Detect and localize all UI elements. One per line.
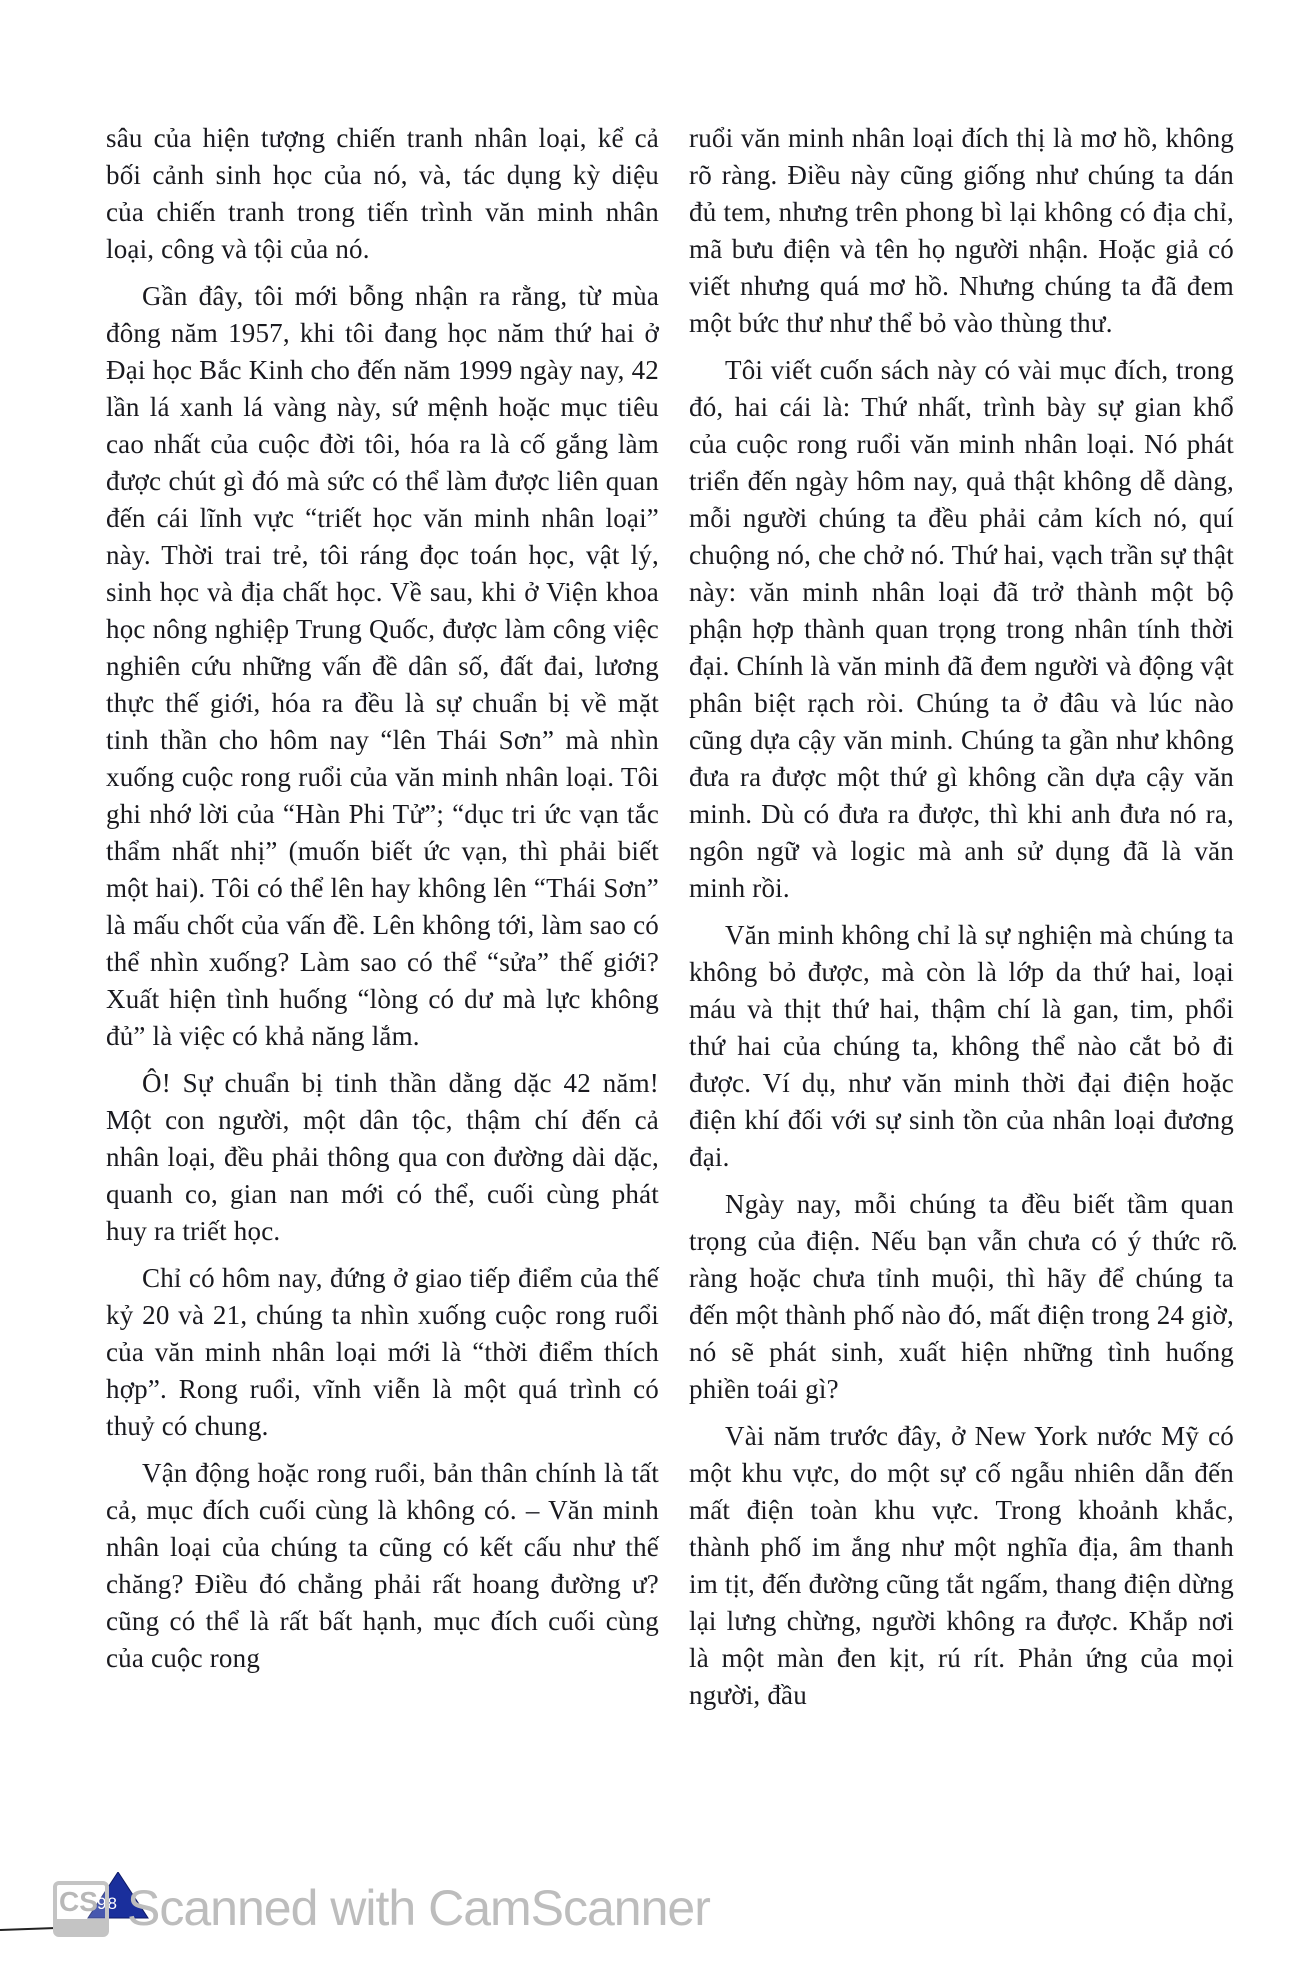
left-text-column: sâu của hiện tượng chiến tranh nhân loại…: [106, 120, 659, 1687]
footer-rule: [0, 1927, 56, 1931]
paragraph: ruổi văn minh nhân loại đích thị là mơ h…: [689, 120, 1234, 342]
logo-base: [57, 1919, 105, 1933]
right-text-column: ruổi văn minh nhân loại đích thị là mơ h…: [689, 120, 1234, 1724]
logo-text: CS: [59, 1887, 98, 1917]
paragraph: Văn minh không chỉ là sự nghiện mà chúng…: [689, 917, 1234, 1176]
paragraph: Tôi viết cuốn sách này có vài mục đích, …: [689, 352, 1234, 907]
paragraph: Vài năm trước đây, ở New York nước Mỹ có…: [689, 1418, 1234, 1714]
paragraph: sâu của hiện tượng chiến tranh nhân loại…: [106, 120, 659, 268]
paragraph: Vận động hoặc rong ruổi, bản thân chính …: [106, 1455, 659, 1677]
scanned-book-page: sâu của hiện tượng chiến tranh nhân loại…: [0, 0, 1312, 1984]
paragraph: Ngày nay, mỗi chúng ta đều biết tầm quan…: [689, 1186, 1234, 1408]
camscanner-logo-icon: CS: [53, 1881, 109, 1937]
camscanner-watermark: Scanned with CamScanner: [127, 1880, 710, 1936]
paragraph: Gần đây, tôi mới bỗng nhận ra rằng, từ m…: [106, 278, 659, 1055]
scan-speck: [1233, 1247, 1236, 1250]
paragraph: Chỉ có hôm nay, đứng ở giao tiếp điểm củ…: [106, 1260, 659, 1445]
paragraph: Ô! Sự chuẩn bị tinh thần dằng dặc 42 năm…: [106, 1065, 659, 1250]
